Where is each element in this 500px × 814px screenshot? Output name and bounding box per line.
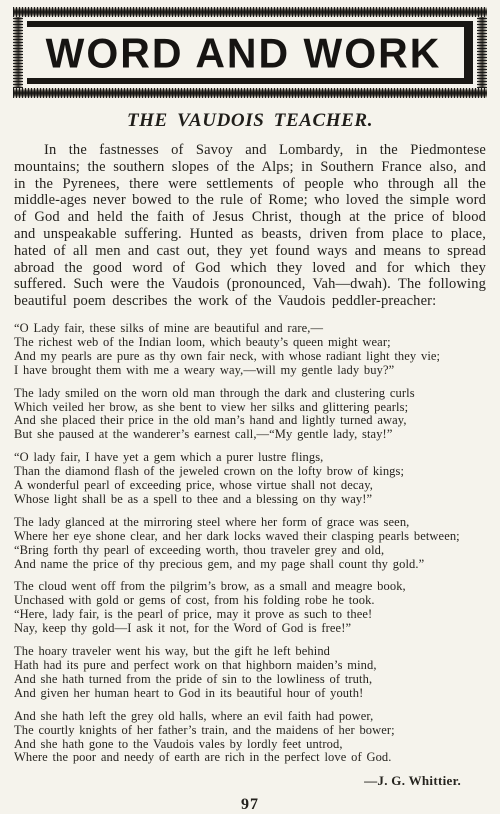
poem-stanza: And she hath left the grey old halls, wh… xyxy=(14,710,487,766)
poem-line: A wonderful pearl of exceeding price, wh… xyxy=(14,479,487,493)
poem-line: The cloud went off from the pilgrim’s br… xyxy=(14,580,487,594)
masthead-border-bottom xyxy=(13,88,487,98)
poem-line: And my pearls are pure as thy own fair n… xyxy=(14,350,487,364)
poem-line: The richest web of the Indian loom, whic… xyxy=(14,336,487,350)
poem-line: I have brought them with me a weary way,… xyxy=(14,364,487,378)
poem-stanza: The lady glanced at the mirroring steel … xyxy=(14,516,487,572)
article-title: THE VAUDOIS TEACHER. xyxy=(13,110,487,132)
poem-line: And she hath left the grey old halls, wh… xyxy=(14,710,487,724)
poem-line: Nay, keep thy gold—I ask it not, for the… xyxy=(14,622,487,636)
poem-line: Where her eye shone clear, and her dark … xyxy=(14,530,487,544)
intro-paragraph: In the fastnesses of Savoy and Lombardy,… xyxy=(14,142,486,310)
poem-line: The lady glanced at the mirroring steel … xyxy=(14,516,487,530)
page-number: 97 xyxy=(13,796,487,814)
poem-line: Than the diamond flash of the jeweled cr… xyxy=(14,465,487,479)
masthead-border-right xyxy=(477,17,487,88)
poem-stanza: “O lady fair, I have yet a gem which a p… xyxy=(14,451,487,507)
masthead-panel: WORD AND WORK xyxy=(27,21,473,84)
poem-attribution: —J. G. Whittier. xyxy=(13,774,487,788)
poem-line: “Here, lady fair, is the pearl of price,… xyxy=(14,608,487,622)
poem-line: “O lady fair, I have yet a gem which a p… xyxy=(14,451,487,465)
poem-stanza: The hoary traveler went his way, but the… xyxy=(14,645,487,701)
poem-line: But she paused at the wanderer’s earnest… xyxy=(14,428,487,442)
poem: “O Lady fair, these silks of mine are be… xyxy=(14,322,487,765)
poem-line: And she hath gone to the Vaudois vales b… xyxy=(14,738,487,752)
poem-line: Hath had its pure and perfect work on th… xyxy=(14,659,487,673)
poem-line: “O Lady fair, these silks of mine are be… xyxy=(14,322,487,336)
masthead-border-top xyxy=(13,7,487,17)
masthead: WORD AND WORK xyxy=(13,7,487,98)
masthead-title: WORD AND WORK xyxy=(27,31,460,76)
poem-stanza: The cloud went off from the pilgrim’s br… xyxy=(14,580,487,636)
masthead-border-left xyxy=(13,17,23,88)
poem-line: And she placed their price in the old ma… xyxy=(14,414,487,428)
poem-line: Which veiled her brow, as she bent to vi… xyxy=(14,401,487,415)
poem-stanza: “O Lady fair, these silks of mine are be… xyxy=(14,322,487,378)
poem-line: The lady smiled on the worn old man thro… xyxy=(14,387,487,401)
poem-line: “Bring forth thy pearl of exceeding wort… xyxy=(14,544,487,558)
poem-line: Unchased with gold or gems of cost, from… xyxy=(14,594,487,608)
magazine-page: WORD AND WORK THE VAUDOIS TEACHER. In th… xyxy=(0,0,500,814)
poem-line: And given her human heart to God in its … xyxy=(14,687,487,701)
poem-line: And she hath turned from the pride of si… xyxy=(14,673,487,687)
poem-line: The courtly knights of her father’s trai… xyxy=(14,724,487,738)
poem-line: Where the poor and needy of earth are ri… xyxy=(14,751,487,765)
poem-stanza: The lady smiled on the worn old man thro… xyxy=(14,387,487,443)
poem-line: And name the price of thy precious gem, … xyxy=(14,558,487,572)
poem-line: Whose light shall be as a spell to thee … xyxy=(14,493,487,507)
poem-line: The hoary traveler went his way, but the… xyxy=(14,645,487,659)
